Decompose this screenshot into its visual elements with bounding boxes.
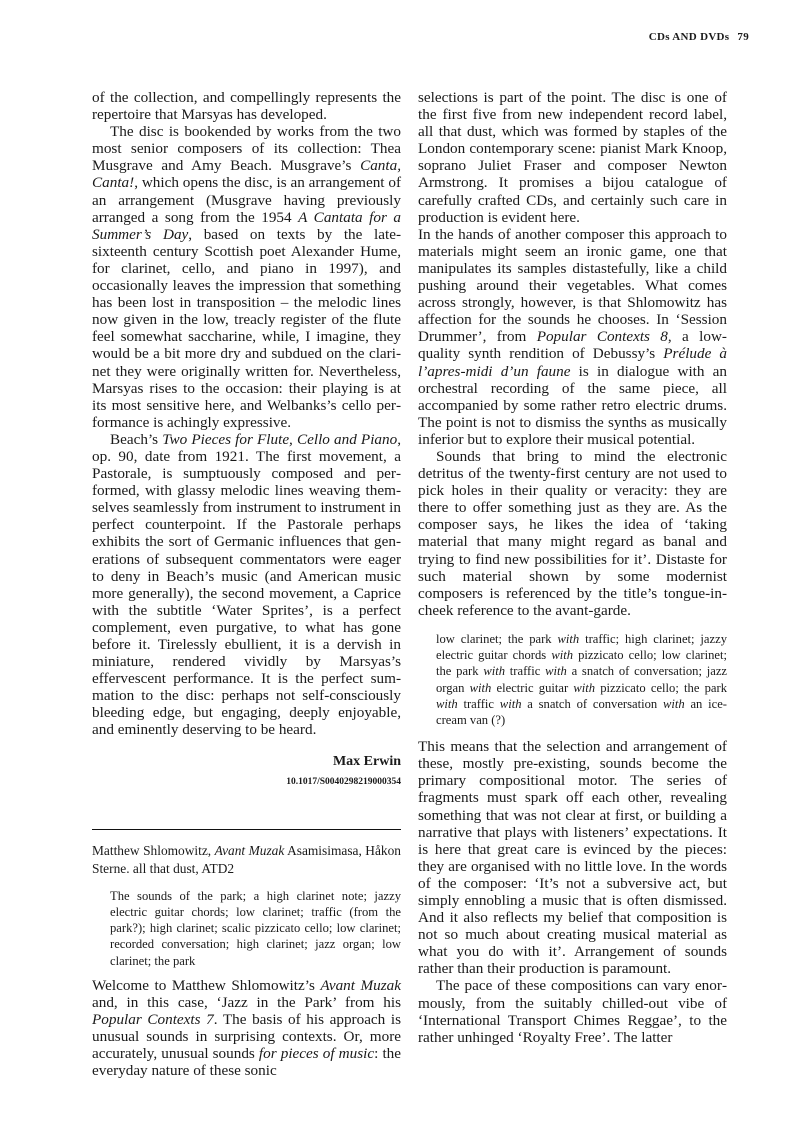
doi: 10.1017/S0040298219000354 xyxy=(92,774,401,791)
paragraph: The pace of these compositions can vary … xyxy=(418,977,727,1045)
paragraph: Welcome to Matthew Shlomowitz’s Avant Mu… xyxy=(92,977,401,1080)
page-number: 79 xyxy=(737,31,749,43)
paragraph: Beach’s Two Pieces for Flute, Cello and … xyxy=(92,431,401,739)
section-divider xyxy=(92,829,401,830)
paragraph: In the hands of another composer this ap… xyxy=(418,226,727,448)
left-column: of the collection, and compellingly repr… xyxy=(92,89,401,1079)
paragraph: Sounds that bring to mind the electronic… xyxy=(418,448,727,619)
review-citation: Matthew Shlomowitz, Avant Muzak Asamisim… xyxy=(92,842,401,878)
paragraph: This means that the selection and arrang… xyxy=(418,738,727,977)
block-quote: low clarinet; the park with traffic; hig… xyxy=(436,631,727,728)
paragraph: of the collection, and compellingly repr… xyxy=(92,89,401,123)
running-head: CDs AND DVDs79 xyxy=(649,31,749,43)
reviewer-name: Max Erwin xyxy=(92,753,401,770)
paragraph: selections is part of the point. The dis… xyxy=(418,89,727,226)
paragraph: The disc is bookended by works from the … xyxy=(92,123,401,431)
block-quote: The sounds of the park; a high clarinet … xyxy=(110,888,401,969)
section-title: CDs AND DVDs xyxy=(649,31,730,43)
right-column: selections is part of the point. The dis… xyxy=(418,89,727,1046)
